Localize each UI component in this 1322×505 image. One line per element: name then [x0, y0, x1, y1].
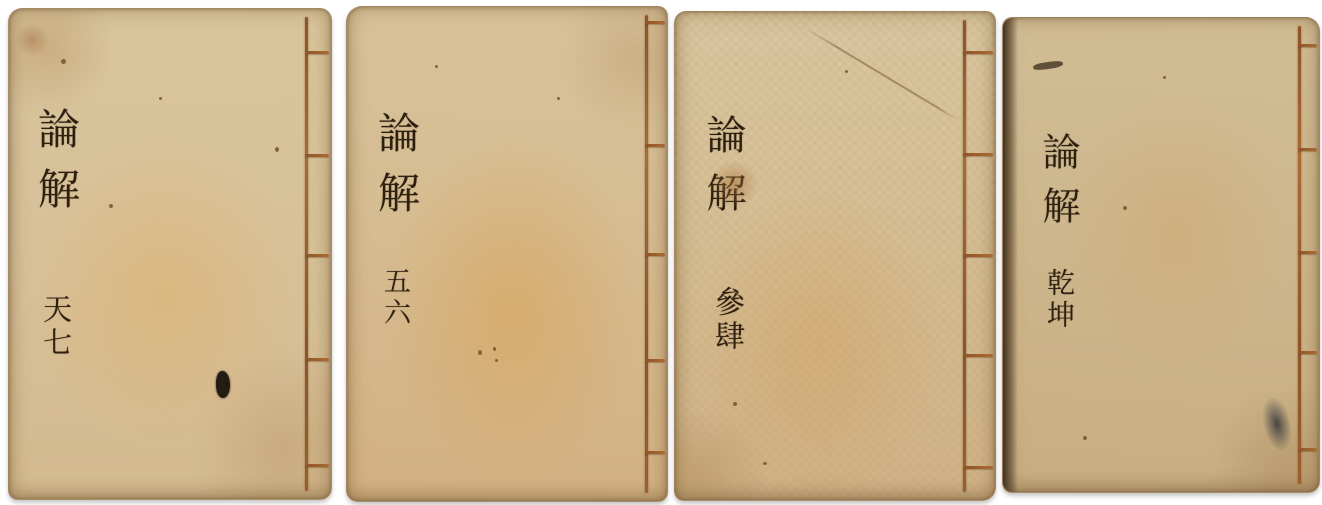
- binding-stitch: [1298, 351, 1317, 354]
- volume-inscription: 參肆: [711, 286, 741, 354]
- book-volume-4: 論解 乾坤: [1002, 17, 1320, 493]
- binding-stitch: [305, 51, 329, 54]
- paper-speck: [1163, 76, 1166, 79]
- photograph: 論解 天七 論解 五六 論解 參肆: [0, 0, 1322, 505]
- paper-speck: [275, 147, 279, 152]
- paper-stain: [709, 160, 759, 208]
- binding-stitch: [963, 354, 993, 357]
- binding-stitch: [963, 466, 993, 469]
- binding-stitch: [645, 253, 665, 256]
- binding-stitch: [305, 154, 329, 157]
- binding-stitch: [963, 51, 993, 54]
- paper-speck: [478, 350, 482, 355]
- ink-stain: [216, 371, 230, 398]
- fore-edge-shadow: [1003, 18, 1018, 492]
- volume-inscription: 天七: [41, 294, 70, 360]
- binding-stitch: [305, 254, 329, 257]
- paper-speck: [435, 65, 438, 68]
- binding-stitch: [645, 21, 665, 24]
- cover-crease: [806, 28, 960, 121]
- paper-speck: [109, 204, 113, 208]
- binding-stitch: [645, 144, 665, 147]
- volume-inscription: 乾坤: [1045, 268, 1073, 332]
- binding-stitch: [963, 254, 993, 257]
- binding-stitch: [305, 464, 329, 467]
- title-inscription: 論解: [375, 111, 417, 231]
- paper-speck: [1083, 436, 1087, 440]
- paper-speck: [495, 359, 498, 362]
- title-inscription: 論解: [35, 107, 77, 227]
- binding-stitch: [305, 358, 329, 361]
- volume-inscription: 五六: [381, 267, 408, 329]
- book-volume-2: 論解 五六: [346, 6, 668, 502]
- paper-speck: [557, 97, 560, 100]
- paper-speck: [1123, 206, 1127, 210]
- paper-speck: [733, 402, 737, 406]
- paper-speck: [845, 70, 848, 73]
- binding-stitch: [963, 153, 993, 156]
- book-volume-1: 論解 天七: [8, 8, 332, 500]
- binding-stitch: [1298, 148, 1317, 151]
- ink-streak: [1033, 60, 1064, 71]
- binding-stitch: [1298, 448, 1317, 451]
- binding-stitch: [1298, 251, 1317, 254]
- binding-thread: [1298, 26, 1301, 484]
- title-inscription: 論解: [1039, 132, 1077, 240]
- paper-speck: [763, 462, 767, 465]
- paper-stain: [15, 23, 49, 57]
- book-volume-3: 論解 參肆: [674, 11, 996, 501]
- binding-stitch: [1298, 44, 1317, 47]
- binding-stitch: [645, 359, 665, 362]
- paper-speck: [159, 97, 162, 100]
- paper-speck: [493, 347, 496, 351]
- binding-stitch: [645, 451, 665, 454]
- paper-speck: [61, 59, 66, 64]
- ink-smudge: [1257, 394, 1296, 455]
